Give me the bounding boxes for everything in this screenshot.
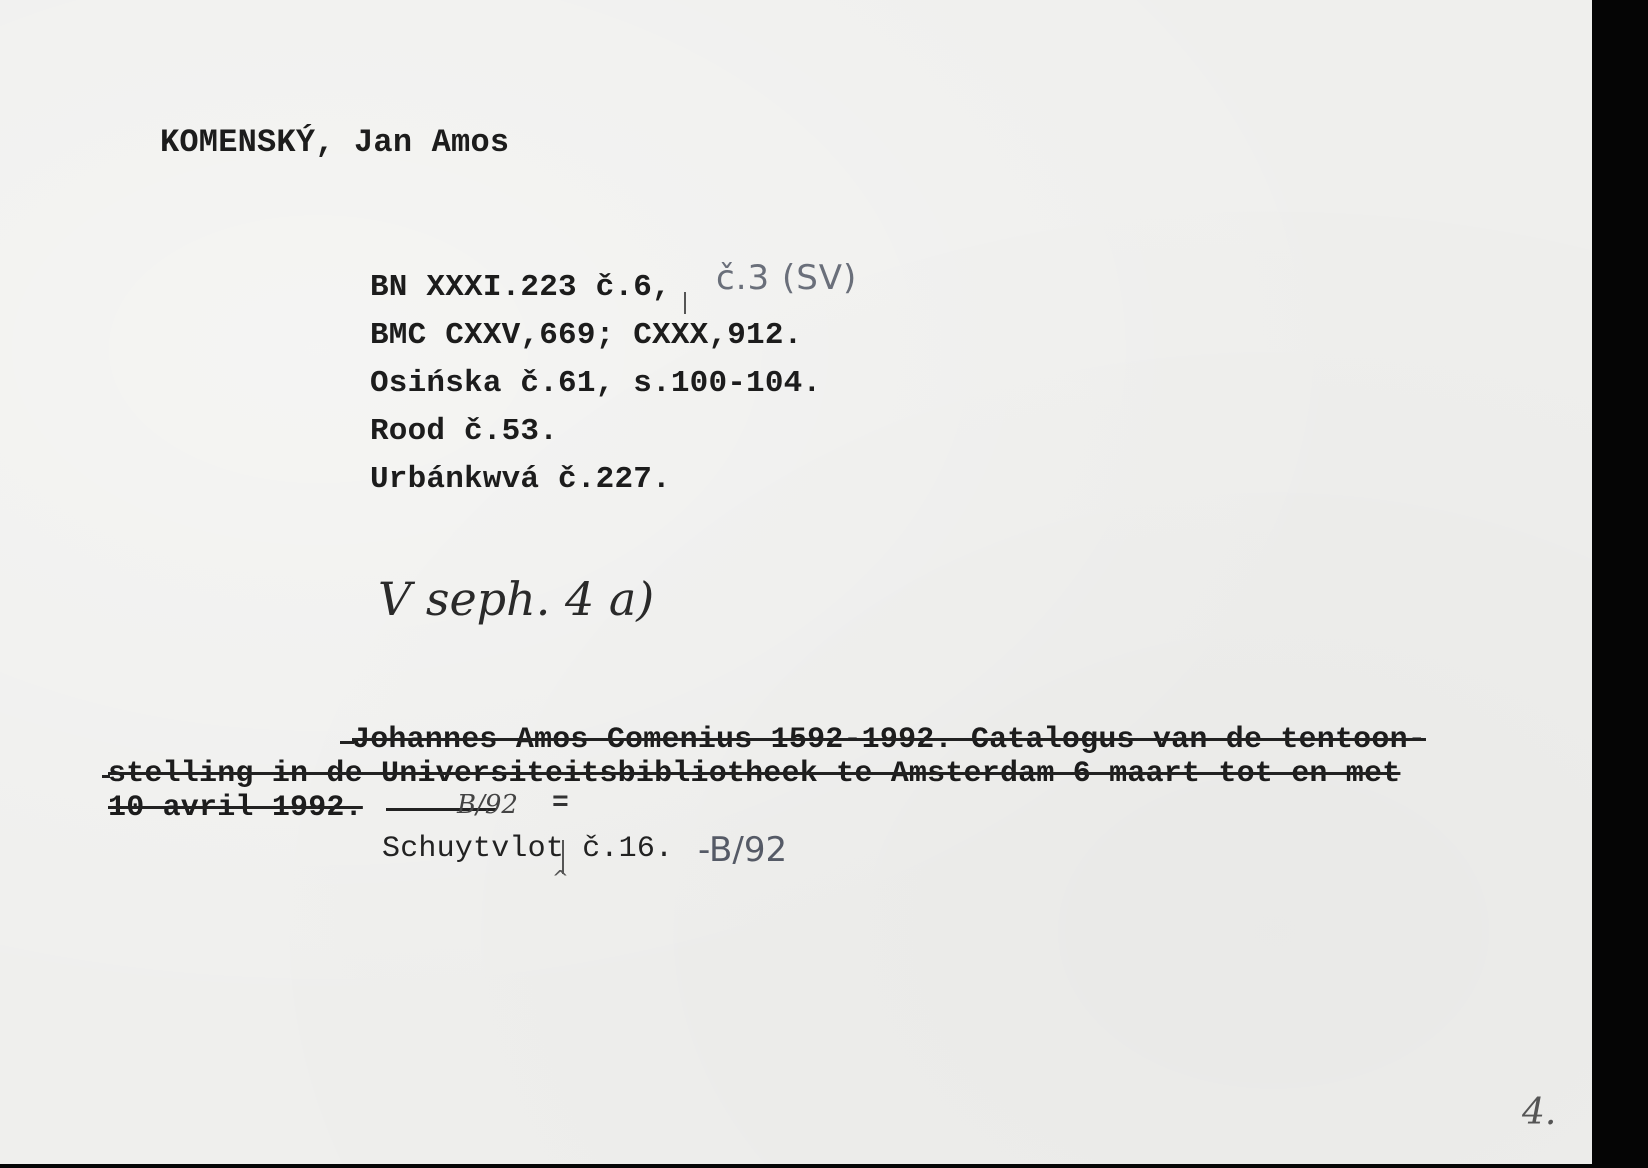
handwritten-shelfmark: V seph. 4 a) [378, 572, 654, 626]
handwritten-ref-addition: č.3 (SV) [716, 258, 857, 298]
reference-urbankova: Urbánkwvá č.227. [370, 462, 671, 497]
insertion-caret-icon: ^ [552, 866, 569, 890]
struck-entry-line-3: 10 avril 1992. [108, 791, 363, 825]
struck-entry-line-1: Johannes Amos Comenius 1592-1992. Catalo… [352, 723, 1426, 757]
reference-osinska: Osińska č.61, s.100-104. [370, 366, 821, 401]
page-number: 4. [1522, 1092, 1556, 1133]
handwritten-replacement-note: -B/92 [698, 830, 787, 870]
reference-bmc: BMC CXXV,669; CXXX,912. [370, 318, 802, 353]
struck-entry-line-2: stelling in de Universiteitsbibliotheek … [108, 757, 1400, 791]
reference-bn: BN XXXI.223 č.6, [370, 270, 671, 305]
replacement-entry: Schuytvlot č.16. [382, 832, 673, 866]
handwritten-struck-note: B/92 [457, 790, 518, 820]
equals-mark: = [552, 788, 569, 819]
card-heading: KOMENSKÝ, Jan Amos [160, 124, 509, 161]
catalog-card: KOMENSKÝ, Jan Amos BN XXXI.223 č.6, č.3 … [0, 0, 1592, 1164]
reference-rood: Rood č.53. [370, 414, 558, 449]
insertion-mark [684, 292, 686, 314]
